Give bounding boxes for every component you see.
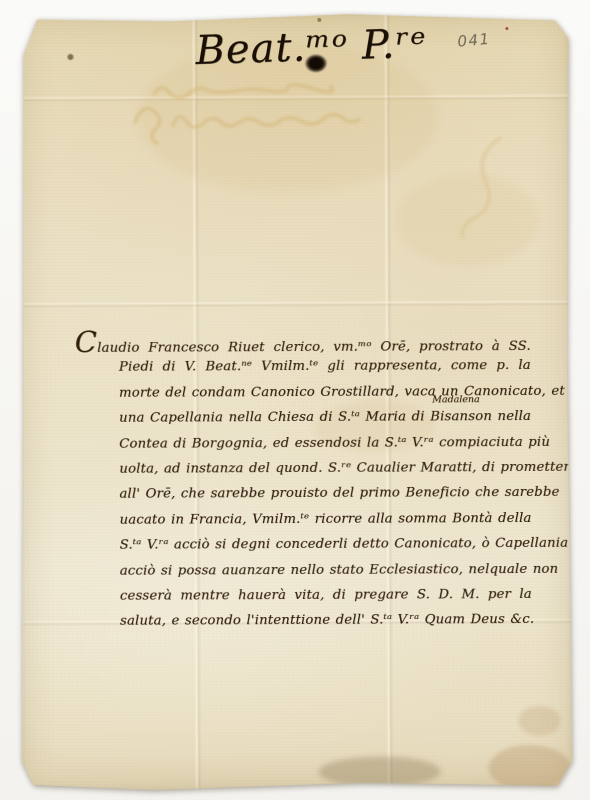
- text-line-2: Piedi di V. Beat.ⁿᵉ Vmilm.ᵗᵉ gli rappres…: [119, 353, 531, 380]
- paper-surface: Beat.ᵐᵒ P.ʳᵉ 041 Claudio Francesco Riuet…: [17, 12, 572, 791]
- speck-top-edge-2: [317, 18, 321, 22]
- speck-corner: [67, 54, 73, 60]
- text-line-4-content: una Capellania nella Chiesa di S.ᵗᵃ Mari…: [119, 409, 531, 426]
- foxing-spots: [518, 706, 560, 736]
- ink-bleedthrough: [120, 68, 390, 161]
- speck-top-edge-1: [220, 15, 225, 19]
- text-line-9: S.ᵗᵃ V.ʳᵃ acciò si degni concederli dett…: [120, 531, 532, 558]
- interline-note: Madalena: [432, 395, 480, 404]
- text-line-6: uolta, ad instanza del quond. S.ʳᵉ Caual…: [119, 455, 531, 482]
- text-line-8: uacato in Francia, Vmilm.ᵗᵉ ricorre alla…: [119, 506, 531, 533]
- fold-crease-horizontal-middle: [19, 300, 571, 308]
- ink-bleedthrough-flourish: [450, 130, 522, 240]
- manuscript-photo: Beat.ᵐᵒ P.ʳᵉ 041 Claudio Francesco Riuet…: [0, 0, 590, 800]
- stain-bottom-center: [319, 756, 441, 787]
- text-line-11: cesserà mentre hauerà vita, di pregare S…: [120, 582, 532, 609]
- stain-bottom-right: [489, 745, 571, 791]
- speck-red-dot: [505, 27, 508, 30]
- text-line-4: Madalenauna Capellania nella Chiesa di S…: [119, 404, 531, 431]
- text-line-7: all' Orē, che sarebbe prouisto del primo…: [119, 480, 531, 507]
- folio-number: 041: [457, 30, 492, 51]
- text-line-10: acciò si possa auanzare nello stato Eccl…: [120, 556, 532, 583]
- text-line-5: Contea di Borgognia, ed essendosi la S.ᵗ…: [119, 430, 531, 457]
- text-line-1: Claudio Francesco Riuet clerico, vm.ᵐᵒ O…: [119, 328, 531, 355]
- paper-sheet: Beat.ᵐᵒ P.ʳᵉ 041 Claudio Francesco Riuet…: [17, 12, 572, 791]
- text-line-12: saluta, e secondo l'intenttione dell' S.…: [120, 607, 532, 634]
- petition-text: Claudio Francesco Riuet clerico, vm.ᵐᵒ O…: [119, 328, 532, 634]
